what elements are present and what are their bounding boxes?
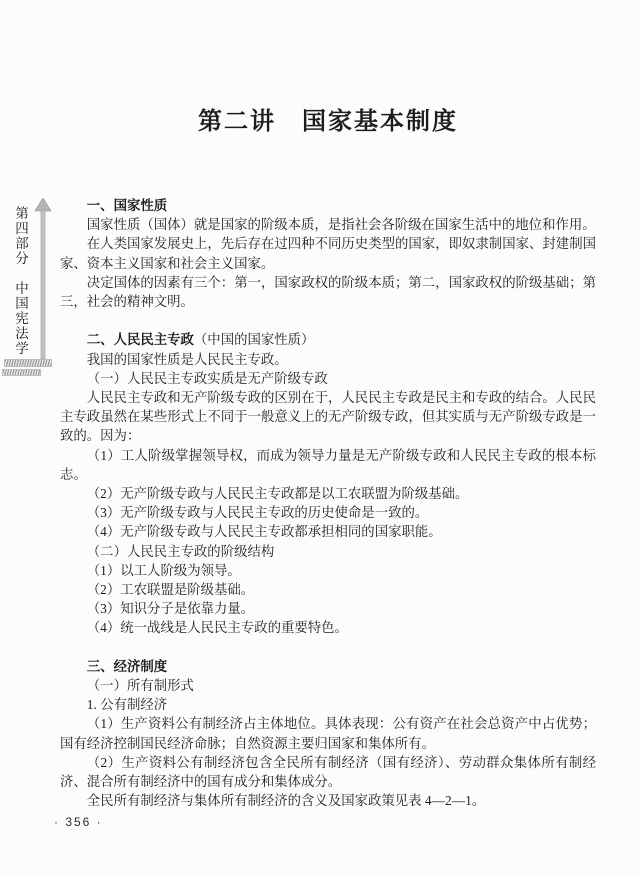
part-sidebar: 第四部分 中国宪法学 [8, 198, 56, 380]
paragraph: （1）生产资料公有制经济占主体地位。具体表现：公有资产在社会总资产中占优势；国有… [60, 714, 596, 752]
paragraph: （2）无产阶级专政与人民民主专政都是以工农联盟为阶级基础。 [60, 484, 596, 503]
text-run: （4）无产阶级专政与人民民主专政都承担相同的国家职能。 [87, 524, 442, 539]
page-content: 一、国家性质国家性质（国体）就是国家的阶级本质，是指社会各阶级在国家生活中的地位… [60, 196, 596, 810]
text-run: （2）无产阶级专政与人民民主专政都是以工农联盟为阶级基础。 [87, 486, 469, 501]
text-run: （一）所有制形式 [87, 678, 194, 693]
text-run: 三、经济制度 [87, 659, 167, 674]
paragraph: （3）知识分子是依靠力量。 [60, 599, 596, 618]
text-run: 国家性质（国体）就是国家的阶级本质，是指社会各阶级在国家生活中的地位和作用。 [87, 217, 596, 232]
up-arrow-icon [34, 198, 52, 360]
text-run: 在人类国家发展史上，先后存在过四种不同历史类型的国家，即奴隶制国家、封建制国家、… [60, 236, 596, 270]
heading-annotation: （中国的国家性质） [194, 332, 315, 347]
sub-heading: （一）所有制形式 [60, 676, 596, 695]
chapter-title: 第二讲 国家基本制度 [60, 101, 596, 136]
text-run: 一、国家性质 [87, 198, 167, 213]
paragraph: （2）生产资料公有制经济包含全民所有制经济（国有经济）、劳动群众集体所有制经济、… [60, 753, 596, 791]
sidebar-hatch-bar [2, 369, 41, 376]
paragraph: 我国的国家性质是人民民主专政。 [60, 350, 596, 369]
text-run: 我国的国家性质是人民民主专政。 [87, 352, 288, 367]
paragraph: 国家性质（国体）就是国家的阶级本质，是指社会各阶级在国家生活中的地位和作用。 [60, 215, 596, 234]
text-run: 人民民主专政和无产阶级专政的区别在于，人民民主专政是民主和专政的结合。人民民主专… [60, 390, 596, 443]
paragraph: （4）无产阶级专政与人民民主专政都承担相同的国家职能。 [60, 522, 596, 541]
sub-heading: （一）人民民主专政实质是无产阶级专政 [60, 369, 596, 388]
text-run: （4）统一战线是人民民主专政的重要特色。 [87, 620, 348, 635]
paragraph: （1）以工人阶级为领导。 [60, 561, 596, 580]
part-label: 第四部分 中国宪法学 [10, 206, 30, 356]
book-page: 第四部分 中国宪法学 第二讲 国家基本制度 一、国家性质国家性质（国体）就是国家… [0, 0, 640, 876]
sub-heading: （二）人民民主专政的阶级结构 [60, 542, 596, 561]
text-run: 二、人民民主专政 [87, 332, 194, 347]
page-number: · 356 · [54, 815, 103, 829]
section-heading: 二、人民民主专政（中国的国家性质） [60, 330, 596, 349]
text-run: 全民所有制经济与集体所有制经济的含义及国家政策见表 4—2—1。 [87, 793, 485, 808]
section-heading: 三、经济制度 [60, 657, 596, 676]
text-run: （3）知识分子是依靠力量。 [87, 601, 254, 616]
section-heading: 一、国家性质 [60, 196, 596, 215]
text-run: 决定国体的因素有三个：第一，国家政权的阶级本质；第二，国家政权的阶级基础；第三，… [60, 275, 596, 309]
sub-heading: 1. 公有制经济 [60, 695, 596, 714]
paragraph: 人民民主专政和无产阶级专政的区别在于，人民民主专政是民主和专政的结合。人民民主专… [60, 388, 596, 446]
text-run: （一）人民民主专政实质是无产阶级专政 [87, 371, 328, 386]
paragraph: （1）工人阶级掌握领导权，而成为领导力量是无产阶级专政和人民民主专政的根本标志。 [60, 446, 596, 484]
paragraph: 全民所有制经济与集体所有制经济的含义及国家政策见表 4—2—1。 [60, 791, 596, 810]
text-run: （3）无产阶级专政与人民民主专政的历史使命是一致的。 [87, 505, 428, 520]
paragraph: （3）无产阶级专政与人民民主专政的历史使命是一致的。 [60, 503, 596, 522]
text-run: （1）生产资料公有制经济占主体地位。具体表现：公有资产在社会总资产中占优势；国有… [60, 716, 596, 750]
paragraph: （4）统一战线是人民民主专政的重要特色。 [60, 618, 596, 637]
paragraph: 决定国体的因素有三个：第一，国家政权的阶级本质；第二，国家政权的阶级基础；第三，… [60, 273, 596, 311]
paragraph: （2）工农联盟是阶级基础。 [60, 580, 596, 599]
text-run: （二）人民民主专政的阶级结构 [87, 544, 274, 559]
text-run: （2）工农联盟是阶级基础。 [87, 582, 254, 597]
text-run: （1）以工人阶级为领导。 [87, 563, 241, 578]
text-run: 1. 公有制经济 [87, 697, 167, 712]
paragraph: 在人类国家发展史上，先后存在过四种不同历史类型的国家，即奴隶制国家、封建制国家、… [60, 234, 596, 272]
text-run: （2）生产资料公有制经济包含全民所有制经济（国有经济）、劳动群众集体所有制经济、… [60, 755, 596, 789]
text-run: （1）工人阶级掌握领导权，而成为领导力量是无产阶级专政和人民民主专政的根本标志。 [60, 448, 596, 482]
sidebar-hatch-bar [4, 359, 52, 367]
